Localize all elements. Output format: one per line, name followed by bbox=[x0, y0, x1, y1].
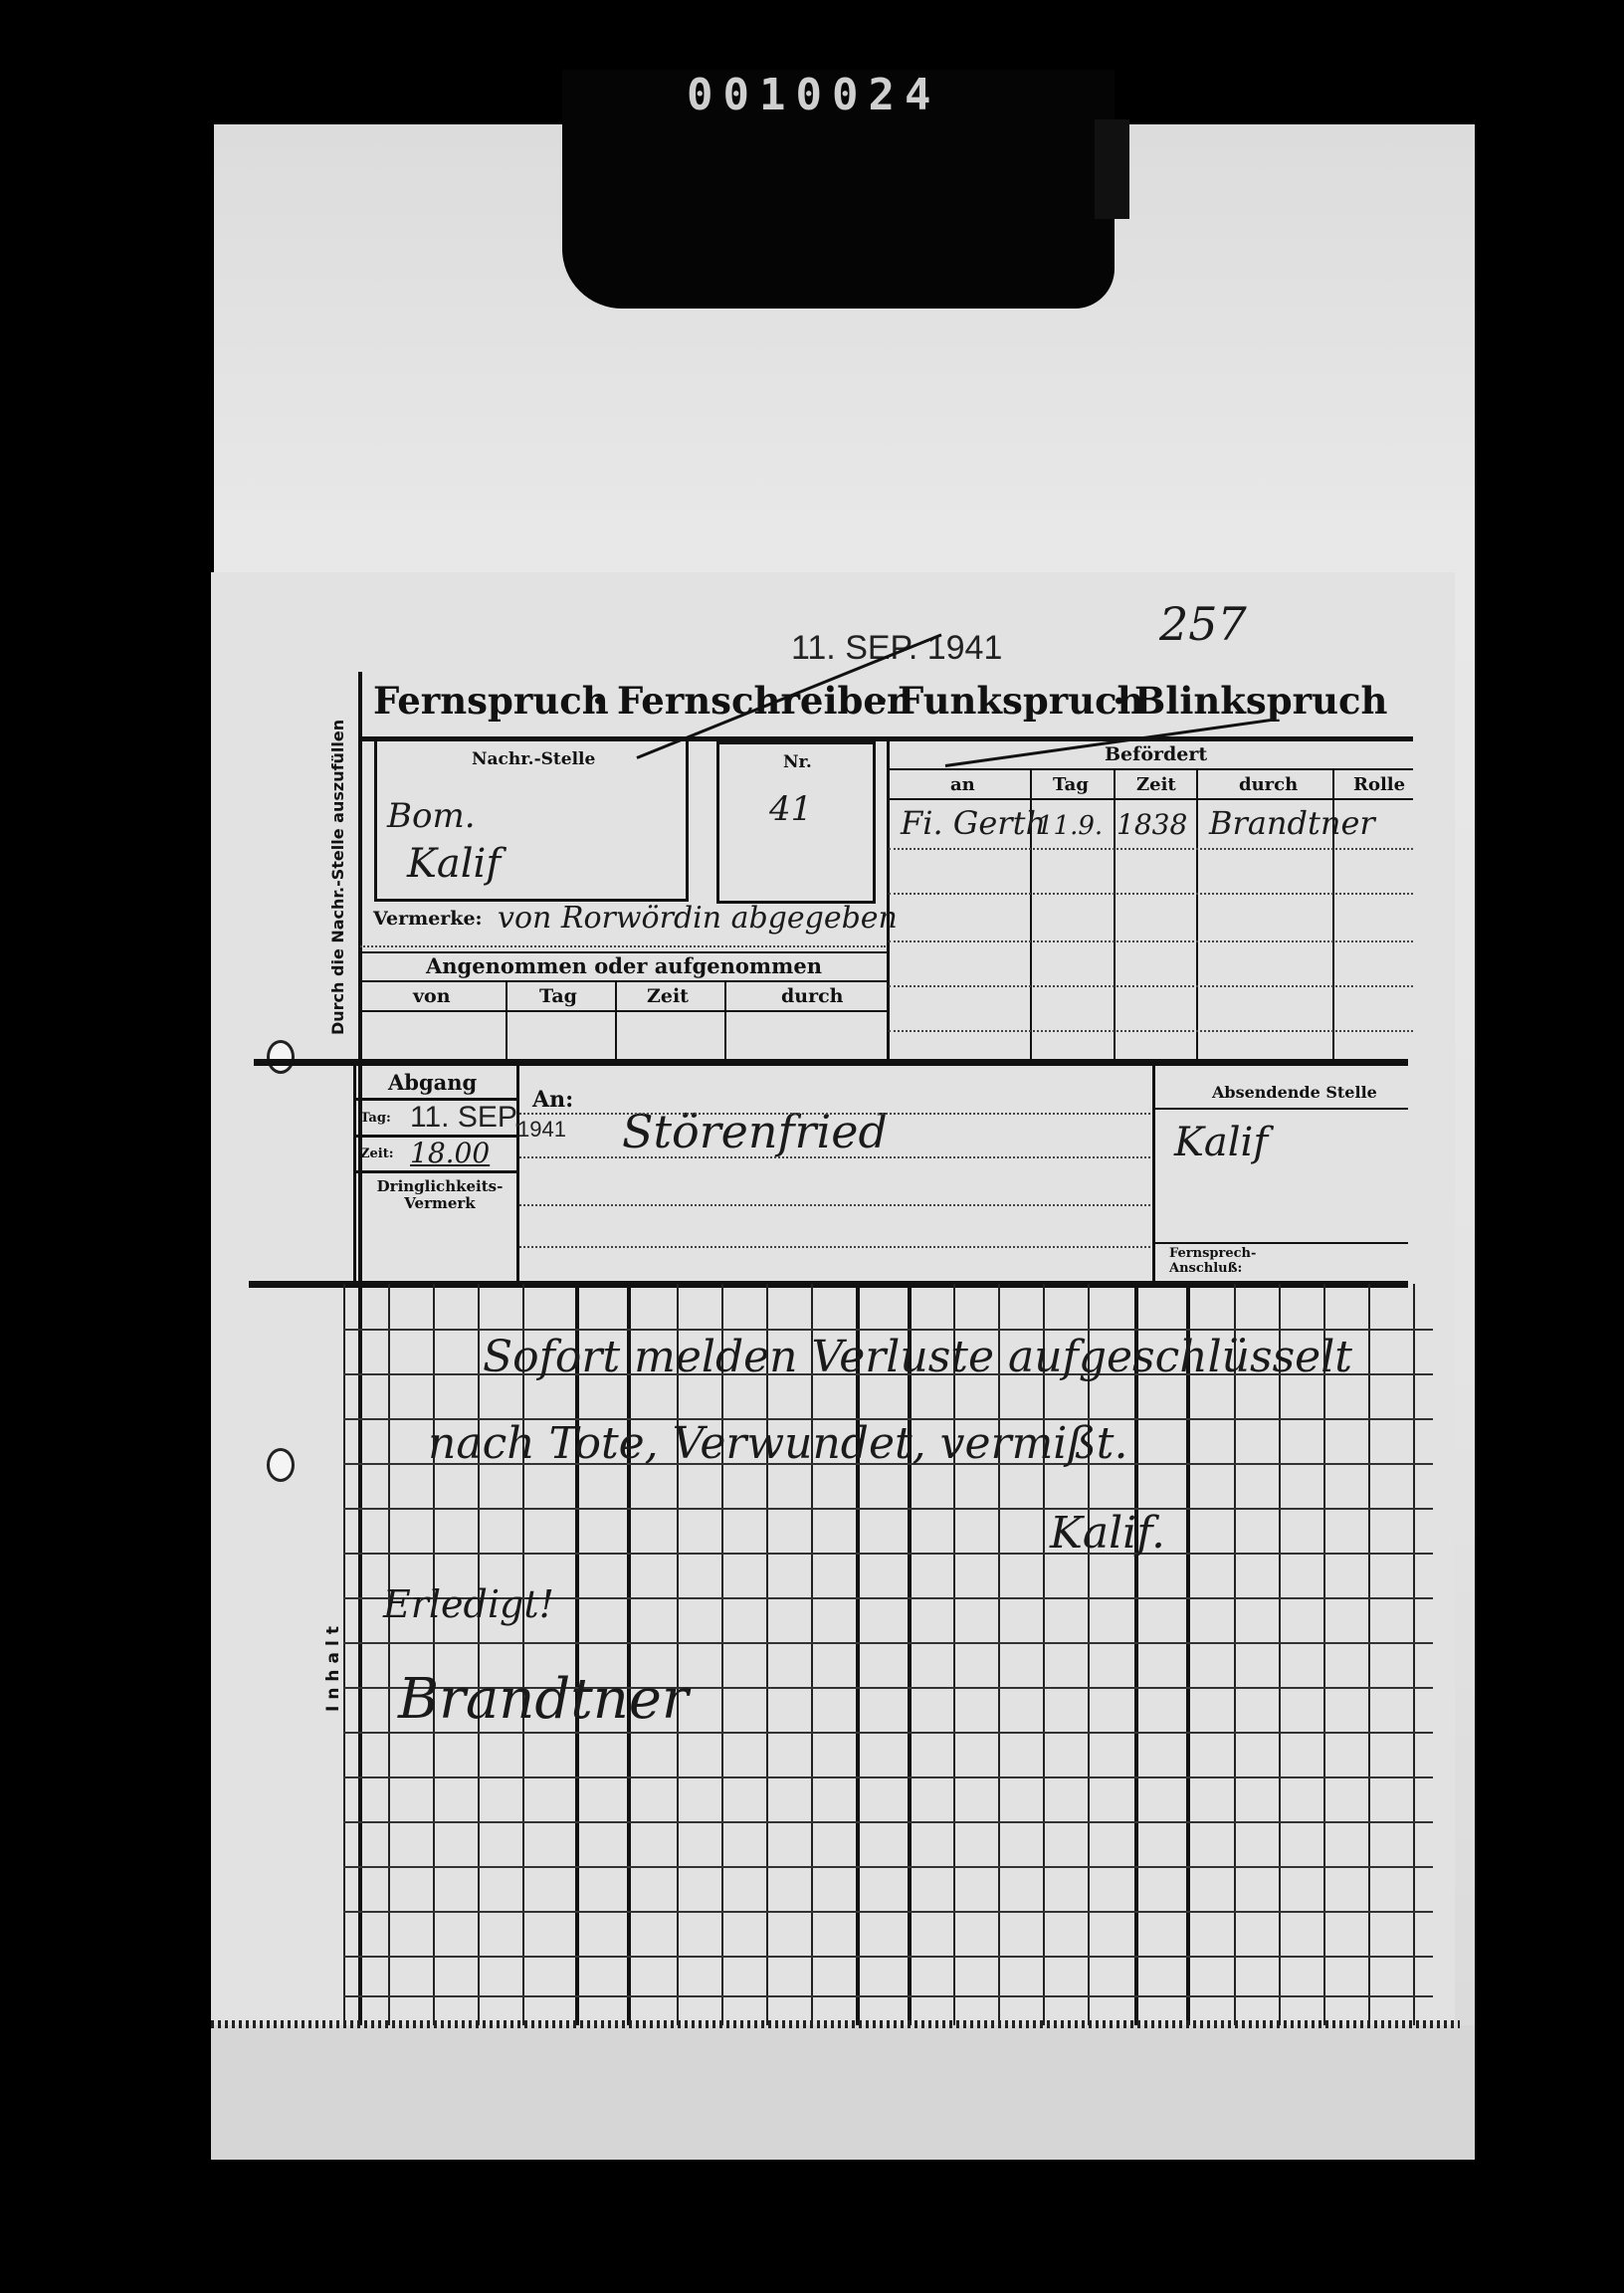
an-line bbox=[519, 1113, 1154, 1115]
erledigt-signature: Brandtner bbox=[398, 1667, 689, 1732]
page-number: 257 bbox=[1159, 597, 1247, 651]
punch-hole-icon bbox=[267, 1448, 295, 1482]
befoerdert-col-zeit: Zeit bbox=[1136, 774, 1176, 795]
side-label-nachr: Durch die Nachr.-Stelle auszufüllen bbox=[328, 720, 347, 1035]
befoerdert-col-rolle: Rolle bbox=[1353, 774, 1405, 795]
form-sheet-margin bbox=[211, 2025, 1475, 2160]
title-separator: · bbox=[876, 679, 889, 723]
an-label: An: bbox=[532, 1087, 573, 1113]
title-blinkspruch: Blinkspruch bbox=[1134, 679, 1387, 723]
an-line bbox=[519, 1246, 1154, 1248]
nr-value: 41 bbox=[769, 789, 812, 829]
title-fernspruch: Fernspruch bbox=[373, 679, 609, 723]
abgang-year: 1941 bbox=[517, 1117, 566, 1143]
nachr-stelle-label: Nachr.-Stelle bbox=[472, 749, 595, 769]
angenommen-col-zeit: Zeit bbox=[647, 985, 689, 1007]
col-divider bbox=[724, 980, 726, 1062]
befoerdert-durch-value: Brandtner bbox=[1209, 804, 1375, 842]
nachr-stelle-value-1: Bom. bbox=[387, 796, 476, 836]
divider bbox=[355, 1170, 517, 1173]
row-line bbox=[889, 893, 1413, 895]
title-fernschreiben: Fernschreiben bbox=[617, 679, 913, 723]
section-divider-thick bbox=[254, 1059, 1408, 1066]
befoerdert-title: Befördert bbox=[1105, 743, 1207, 765]
punch-hole-icon bbox=[267, 1040, 295, 1074]
abgang-tag-label: Tag: bbox=[360, 1111, 391, 1126]
nr-box: Nr. 41 bbox=[716, 741, 876, 904]
row-line bbox=[889, 940, 1413, 942]
perforation bbox=[211, 2020, 1460, 2028]
divider bbox=[1154, 1108, 1408, 1110]
inhalt-signature: Kalif. bbox=[1050, 1508, 1165, 1559]
dringlichkeit-label: Dringlichkeits-Vermerk bbox=[370, 1178, 509, 1212]
inhalt-line-1: Sofort melden Verluste aufgeschlüsselt bbox=[483, 1332, 1352, 1382]
nachr-stelle-value-2: Kalif bbox=[407, 841, 501, 887]
absendende-label: Absendende Stelle bbox=[1212, 1083, 1377, 1102]
col-divider bbox=[615, 980, 617, 1062]
angenommen-col-tag: Tag bbox=[539, 985, 577, 1007]
title-separator: · bbox=[592, 679, 605, 723]
divider bbox=[360, 1010, 888, 1012]
title-separator: · bbox=[1113, 679, 1125, 723]
abgang-zeit-value: 18.00 bbox=[410, 1137, 490, 1169]
an-line bbox=[519, 1156, 1154, 1158]
absendende-left bbox=[1152, 1065, 1155, 1286]
side-label-inhalt: Inhalt bbox=[323, 1620, 343, 1712]
befoerdert-col-tag: Tag bbox=[1053, 774, 1089, 795]
absendende-value: Kalif bbox=[1174, 1120, 1268, 1165]
abgang-tag-value: 11. SEP. bbox=[410, 1101, 521, 1135]
angenommen-title: Angenommen oder aufgenommen bbox=[426, 953, 822, 978]
reel-number: 0010024 bbox=[687, 70, 940, 120]
col-divider bbox=[506, 980, 507, 1062]
row-line bbox=[889, 1030, 1413, 1032]
title-funkspruch: Funkspruch bbox=[898, 679, 1144, 723]
befoerdert-left-border bbox=[887, 741, 890, 1062]
an-line bbox=[519, 1204, 1154, 1206]
angenommen-col-durch: durch bbox=[781, 985, 844, 1007]
abgang-zeit-label: Zeit: bbox=[360, 1146, 394, 1161]
fernsprech-label: Fernsprech-Anschluß: bbox=[1169, 1246, 1269, 1276]
divider bbox=[360, 980, 888, 982]
vermerke-line bbox=[360, 945, 886, 947]
binder-clip-tab bbox=[1095, 119, 1129, 219]
abgang-title: Abgang bbox=[388, 1070, 477, 1095]
received-date-stamp: 11. SEP. 1941 bbox=[791, 629, 1002, 668]
befoerdert-an-value: Fi. Gerth bbox=[901, 804, 1046, 842]
erledigt-note: Erledigt! bbox=[383, 1582, 554, 1626]
angenommen-col-von: von bbox=[413, 985, 451, 1007]
row-line bbox=[889, 848, 1413, 850]
col-divider bbox=[1196, 768, 1198, 1062]
row-line bbox=[889, 985, 1413, 987]
divider bbox=[1154, 1242, 1408, 1244]
befoerdert-col-durch: durch bbox=[1239, 774, 1298, 795]
vermerke-value: von Rorwördin abgegeben bbox=[498, 901, 898, 936]
nr-label: Nr. bbox=[783, 752, 812, 772]
befoerdert-col-an: an bbox=[950, 774, 975, 795]
col-divider bbox=[1114, 768, 1116, 1062]
inhalt-line-2: nach Tote, Verwundet, vermißt. bbox=[428, 1418, 1127, 1469]
vermerke-label: Vermerke: bbox=[373, 908, 483, 930]
nachr-stelle-box: Nachr.-Stelle Bom. Kalif bbox=[374, 738, 689, 902]
befoerdert-zeit-value: 1838 bbox=[1116, 808, 1187, 841]
befoerdert-tag-value: 11.9. bbox=[1037, 811, 1103, 841]
